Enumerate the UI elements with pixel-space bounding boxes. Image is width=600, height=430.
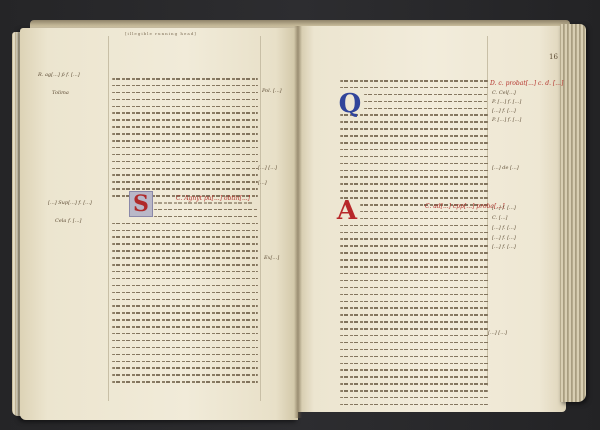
margin-note: [...] f. [...] [492, 235, 516, 242]
left-text-column [112, 78, 258, 388]
decorated-initial-q: Q [339, 92, 361, 116]
margin-note: Tolima [52, 90, 69, 97]
margin-note: [...] [...] [488, 330, 507, 337]
decorated-initial-a: A [338, 199, 356, 223]
margin-note: [...] [258, 180, 267, 187]
book-gutter [294, 26, 302, 418]
margin-note: [...] Sup[...] f. [...] [48, 200, 92, 207]
margin-note: P. [...] f. [...] [492, 99, 521, 106]
rubric-right-margin: D. c. probat[...] c. d. [...] [490, 80, 563, 87]
ruling-line [260, 36, 261, 401]
margin-note: Ex[...] [264, 255, 279, 262]
margin-note: Cela f. [...] [55, 218, 81, 225]
margin-note: C. [...] [492, 215, 508, 222]
rubric-left: C. Agnyt pu[...] obtin[...] [176, 195, 250, 202]
decorated-initial-s: S [129, 191, 153, 217]
margin-note: C. Cel[...] [492, 90, 516, 97]
margin-note: Pol. [...] [262, 88, 282, 95]
margin-note: [...] [...] [258, 165, 277, 172]
right-text-column [340, 80, 488, 411]
margin-note: R. ag[...] p̄ f. [...] [38, 72, 80, 79]
running-head: [illegible running head] [125, 31, 197, 36]
ruling-line [108, 36, 109, 401]
margin-note: P. [...] f. [...] [492, 117, 521, 124]
margin-note: [...] f. [...] [492, 225, 516, 232]
right-page-edges [560, 24, 586, 402]
margin-note: [...] de [...] [492, 165, 519, 172]
folio-number: 16 [549, 53, 558, 61]
margin-note: [...] f. [...] [492, 244, 516, 251]
margin-note: [...] f. [...] [492, 205, 516, 212]
margin-note: [...] f. [...] [492, 108, 516, 115]
